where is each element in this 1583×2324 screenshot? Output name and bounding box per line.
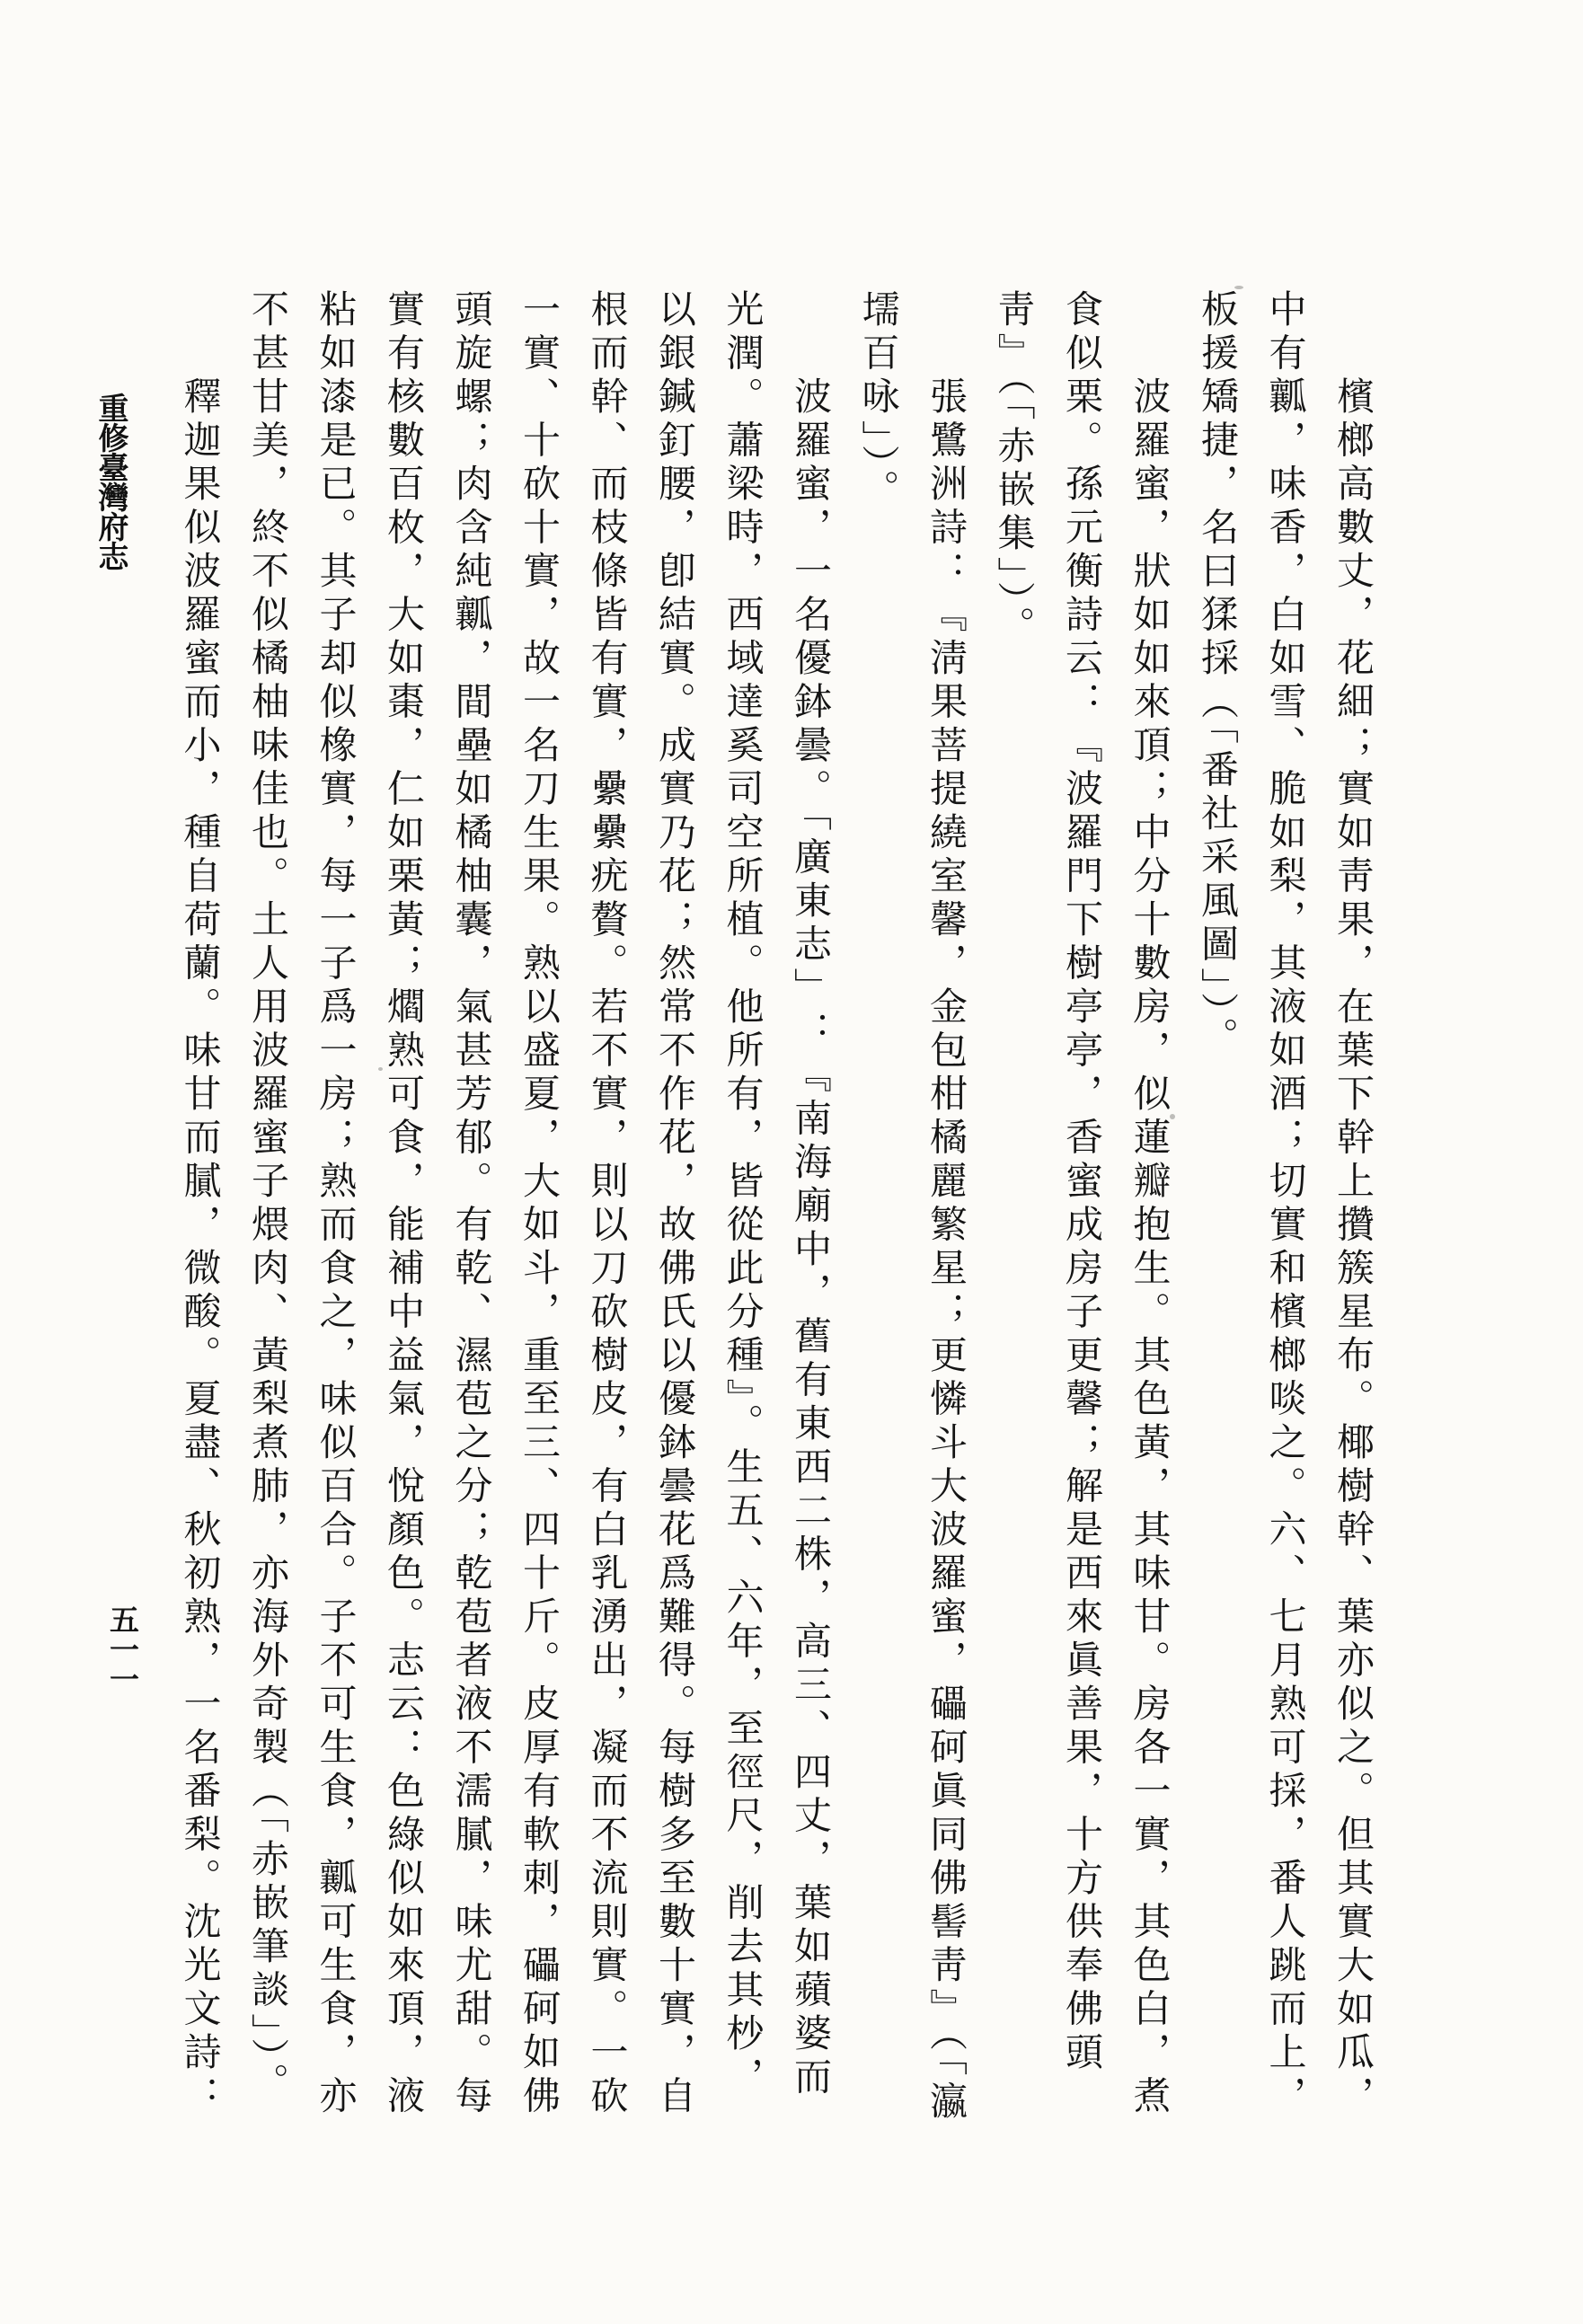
body-text: 檳榔高數丈，花細；實如靑果，在葉下幹上攢簇星布。椰樹幹、葉亦似之。但其實大如瓜，…	[166, 289, 1387, 2127]
text-column: 根而幹、而枝條皆有實，纍纍疣贅。若不實，則以刀砍樹皮，有白乳湧出，凝而不流則實。…	[573, 289, 641, 2127]
text-column: 壖百咏」）。	[845, 289, 913, 2127]
scan-speck	[378, 1067, 383, 1071]
text-column: 中有瓤，味香，白如雪、脆如梨，其液如酒；切實和檳榔啖之。六、七月熟可採，番人跳而…	[1251, 289, 1320, 2127]
text-column: 釋迦果似波羅蜜而小，種自荷蘭。味甘而膩，微酸。夏盡、秋初熟，一名番梨。沈光文詩：	[166, 289, 234, 2127]
text-column: 一實、十砍十實，故一名刀生果。熟以盛夏，大如斗，重至三、四十斤。皮厚有軟刺，礧砢…	[506, 289, 574, 2127]
text-column: 波羅蜜，一名優鉢曇。「廣東志」：『南海廟中，舊有東西二株，高三、四丈，葉如蘋婆而	[777, 289, 845, 2127]
scan-speck	[1234, 286, 1243, 289]
text-column: 頭旋螺；肉含純瓤，間壘如橘柚囊，氣甚芳郁。有乾、濕苞之分；乾苞者液不濡膩，味尤甜…	[438, 289, 506, 2127]
text-column: 粘如漆是已。其子却似橡實，每一子爲一房；熟而食之，味似百合。子不可生食，瓤可生食…	[302, 289, 370, 2127]
text-column: 以銀鍼釘腰，卽結實。成實乃花；然常不作花，故佛氏以優鉢曇花爲難得。每樹多至數十實…	[641, 289, 710, 2127]
text-column: 食似栗。孫元衡詩云：『波羅門下樹亭亭，香蜜成房子更馨；解是西來眞善果，十方供奉佛…	[1048, 289, 1117, 2127]
scanned-page: 檳榔高數丈，花細；實如靑果，在葉下幹上攢簇星布。椰樹幹、葉亦似之。但其實大如瓜，…	[0, 0, 1583, 2324]
text-column: 板援矯捷，名曰猱採（「番社采風圖」）。	[1184, 289, 1252, 2127]
text-column: 光潤。蕭梁時，西域達奚司空所植。他所有，皆從此分種』。生五、六年，至徑尺，削去其…	[709, 289, 777, 2127]
text-column: 張鷺洲詩：『淸果菩提繞室馨，金包柑橘麗繁星；更憐斗大波羅蜜，礧砢眞同佛髻靑』（「…	[913, 289, 981, 2127]
text-column: 波羅蜜，狀如如來頂；中分十數房，似蓮瓣抱生。其色黃，其味甘。房各一實，其色白，煮	[1116, 289, 1184, 2127]
text-column: 不甚甘美，終不似橘柚味佳也。土人用波羅蜜子煨肉、黃梨煮肺，亦海外奇製（「赤嵌筆談…	[234, 289, 303, 2127]
book-title: 重修臺灣府志	[89, 393, 133, 570]
scan-speck	[943, 688, 948, 693]
text-column: 靑』（「赤嵌集」）。	[980, 289, 1048, 2127]
page-number: 五一一	[102, 1604, 144, 1693]
text-column: 實有核數百枚，大如棗，仁如栗黃；爓熟可食，能補中益氣，悅顏色。志云：色綠似如來頂…	[370, 289, 438, 2127]
text-column: 檳榔高數丈，花細；實如靑果，在葉下幹上攢簇星布。椰樹幹、葉亦似之。但其實大如瓜，	[1320, 289, 1388, 2127]
scan-speck	[1170, 1114, 1175, 1119]
